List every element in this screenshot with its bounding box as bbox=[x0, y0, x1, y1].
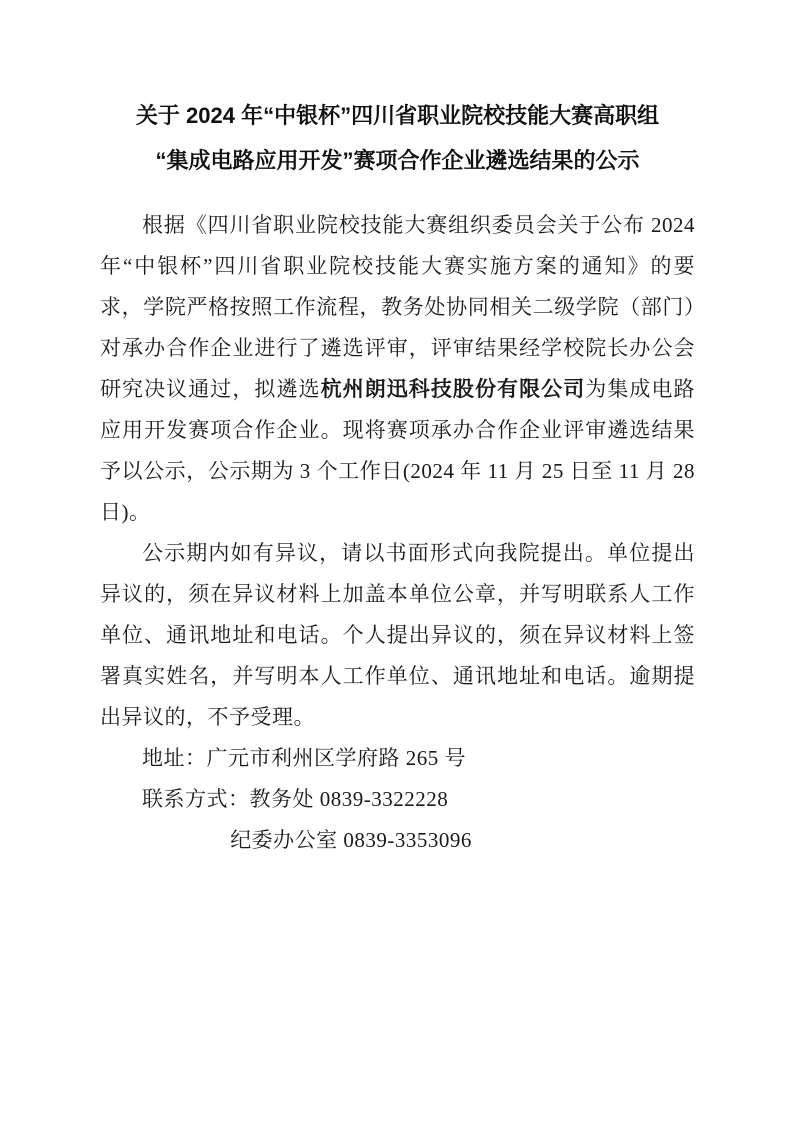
paragraph-selection-result: 根据《四川省职业院校技能大赛组织委员会关于公布 2024 年“中银杯”四川省职业… bbox=[100, 205, 695, 533]
paragraph-selection-result-before: 根据《四川省职业院校技能大赛组织委员会关于公布 2024 年“中银杯”四川省职业… bbox=[100, 213, 695, 401]
paragraph-objection-instructions: 公示期内如有异议，请以书面形式向我院提出。单位提出异议的，须在异议材料上加盖本单… bbox=[100, 533, 695, 738]
document-title: 关于 2024 年“中银杯”四川省职业院校技能大赛高职组 “集成电路应用开发”赛… bbox=[100, 93, 695, 183]
document-body: 根据《四川省职业院校技能大赛组织委员会关于公布 2024 年“中银杯”四川省职业… bbox=[100, 205, 695, 861]
document-page: 关于 2024 年“中银杯”四川省职业院校技能大赛高职组 “集成电路应用开发”赛… bbox=[0, 0, 793, 1122]
contact-line-academic-affairs: 联系方式：教务处 0839-3322228 bbox=[100, 779, 695, 820]
title-line-1: 关于 2024 年“中银杯”四川省职业院校技能大赛高职组 bbox=[100, 93, 695, 138]
address-line: 地址：广元市利州区学府路 265 号 bbox=[100, 738, 695, 779]
title-line-2: “集成电路应用开发”赛项合作企业遴选结果的公示 bbox=[100, 138, 695, 183]
contact-line-discipline-office: 纪委办公室 0839-3353096 bbox=[100, 820, 695, 861]
company-name: 杭州朗迅科技股份有限公司 bbox=[321, 377, 586, 401]
